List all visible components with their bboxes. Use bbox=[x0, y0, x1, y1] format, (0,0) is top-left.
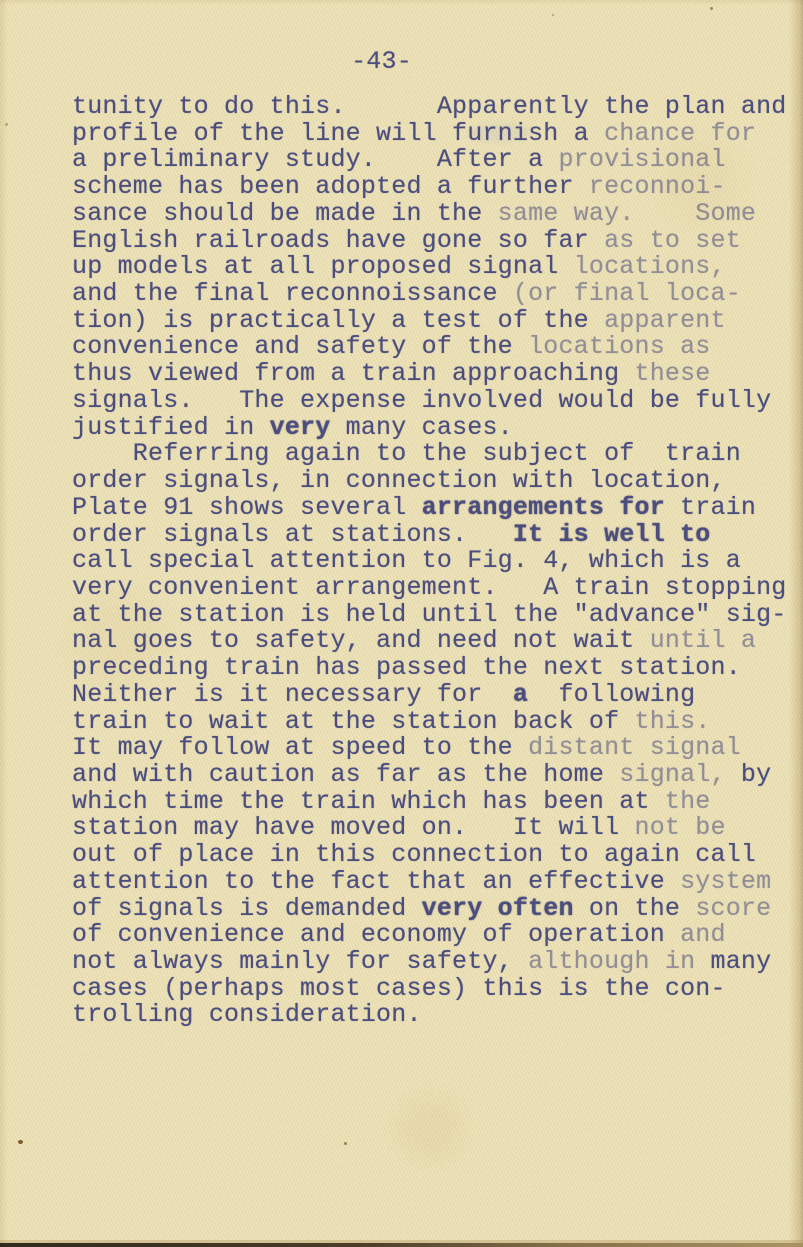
text-segment: not always mainly for safety, bbox=[72, 947, 528, 976]
text-line: not always mainly for safety, although i… bbox=[72, 949, 787, 976]
paper-speck bbox=[18, 1140, 23, 1144]
text-segment: profile of the line will furnish a bbox=[72, 119, 604, 148]
text-line: Neither is it necessary for a following bbox=[72, 682, 787, 709]
paper-speck bbox=[344, 1142, 347, 1145]
text-segment: cases (perhaps most cases) this is the c… bbox=[72, 974, 726, 1003]
text-segment: as to set bbox=[604, 226, 741, 255]
text-segment: convenience and safety of the bbox=[72, 332, 528, 361]
text-segment: provisional bbox=[558, 145, 725, 174]
text-segment: It is well to bbox=[513, 520, 711, 549]
text-line: out of place in this connection to again… bbox=[72, 842, 787, 869]
text-segment: apparent bbox=[604, 306, 726, 335]
text-segment: English railroads have gone so far bbox=[72, 226, 604, 255]
text-line: tunity to do this. Apparently the plan a… bbox=[72, 94, 787, 121]
text-segment: Referring again to the subject of train bbox=[72, 439, 741, 468]
text-segment: at the station is held until the "advanc… bbox=[72, 600, 787, 629]
text-segment: this. bbox=[635, 707, 711, 736]
text-line: English railroads have gone so far as to… bbox=[72, 228, 787, 255]
text-segment: Neither is it necessary for bbox=[72, 680, 513, 709]
text-segment: and the final reconnoissance bbox=[72, 279, 513, 308]
text-segment: tunity to do this. Apparently the plan a… bbox=[72, 92, 787, 121]
text-segment: up models at all proposed signal bbox=[72, 252, 574, 281]
text-line: Plate 91 shows several arrangements for … bbox=[72, 495, 787, 522]
text-segment: locations as bbox=[528, 332, 710, 361]
text-segment: order signals at stations. bbox=[72, 520, 513, 549]
text-segment: and bbox=[680, 920, 726, 949]
text-segment: sance should be made in the bbox=[72, 199, 498, 228]
text-line: justified in very many cases. bbox=[72, 415, 787, 442]
text-segment: following bbox=[528, 680, 695, 709]
text-line: thus viewed from a train approaching the… bbox=[72, 361, 787, 388]
text-line: very convenient arrangement. A train sto… bbox=[72, 575, 787, 602]
text-segment: scheme has been adopted a further bbox=[72, 172, 589, 201]
text-segment: of signals is demanded bbox=[72, 894, 422, 923]
text-segment: system bbox=[680, 867, 771, 896]
text-segment: trolling consideration. bbox=[72, 1000, 422, 1029]
text-line: which time the train which has been at t… bbox=[72, 789, 787, 816]
text-segment: very often bbox=[422, 894, 574, 923]
text-segment: thus viewed from a train approaching bbox=[72, 359, 635, 388]
text-line: scheme has been adopted a further reconn… bbox=[72, 174, 787, 201]
text-segment: train bbox=[665, 493, 756, 522]
text-segment: preceding train has passed the next stat… bbox=[72, 653, 741, 682]
page-number: -43- bbox=[0, 47, 783, 76]
text-segment: the bbox=[665, 787, 711, 816]
text-line: profile of the line will furnish a chanc… bbox=[72, 121, 787, 148]
text-line: up models at all proposed signal locatio… bbox=[72, 254, 787, 281]
text-segment: order signals, in connection with locati… bbox=[72, 466, 726, 495]
left-edge-shadow bbox=[0, 0, 8, 1247]
text-segment: not be bbox=[635, 813, 726, 842]
text-segment: distant signal bbox=[528, 733, 741, 762]
text-segment: on the bbox=[574, 894, 696, 923]
text-line: tion) is practically a test of the appar… bbox=[72, 308, 787, 335]
typed-text-body: tunity to do this. Apparently the plan a… bbox=[72, 94, 787, 1029]
text-segment: nal goes to safety, and need not wait bbox=[72, 626, 650, 655]
text-segment: (or final loca- bbox=[513, 279, 741, 308]
text-segment: Plate 91 shows several bbox=[72, 493, 422, 522]
text-segment: although in bbox=[528, 947, 695, 976]
bottom-scan-edge bbox=[0, 1243, 803, 1247]
text-segment: of convenience and economy of operation bbox=[72, 920, 680, 949]
text-segment: very bbox=[270, 413, 331, 442]
text-line: of signals is demanded very often on the… bbox=[72, 896, 787, 923]
text-line: preceding train has passed the next stat… bbox=[72, 655, 787, 682]
text-line: Referring again to the subject of train bbox=[72, 441, 787, 468]
text-line: and with caution as far as the home sign… bbox=[72, 762, 787, 789]
text-line: order signals, in connection with locati… bbox=[72, 468, 787, 495]
text-segment: signal, bbox=[619, 760, 725, 789]
text-line: at the station is held until the "advanc… bbox=[72, 602, 787, 629]
text-segment: many cases. bbox=[330, 413, 512, 442]
text-segment: until a bbox=[650, 626, 756, 655]
text-line: cases (perhaps most cases) this is the c… bbox=[72, 976, 787, 1003]
text-segment: signals. The expense involved would be f… bbox=[72, 386, 771, 415]
top-edge-shadow bbox=[0, 0, 803, 5]
text-segment: a bbox=[513, 680, 528, 709]
text-segment: which time the train which has been at bbox=[72, 787, 665, 816]
text-segment: train to wait at the station back of bbox=[72, 707, 635, 736]
text-line: attention to the fact that an effective … bbox=[72, 869, 787, 896]
text-segment: score bbox=[695, 894, 771, 923]
paper-speck bbox=[5, 123, 8, 126]
text-line: sance should be made in the same way. So… bbox=[72, 201, 787, 228]
text-line: of convenience and economy of operation … bbox=[72, 922, 787, 949]
text-line: It may follow at speed to the distant si… bbox=[72, 735, 787, 762]
text-line: order signals at stations. It is well to bbox=[72, 522, 787, 549]
paper-speck bbox=[552, 14, 554, 16]
text-segment: arrangements for bbox=[422, 493, 665, 522]
text-segment: station may have moved on. It will bbox=[72, 813, 635, 842]
right-edge-shadow bbox=[789, 0, 803, 1247]
text-segment: many bbox=[695, 947, 771, 976]
text-segment: reconnoi- bbox=[589, 172, 726, 201]
text-line: call special attention to Fig. 4, which … bbox=[72, 548, 787, 575]
text-segment: justified in bbox=[72, 413, 270, 442]
text-line: signals. The expense involved would be f… bbox=[72, 388, 787, 415]
text-line: nal goes to safety, and need not wait un… bbox=[72, 628, 787, 655]
text-segment: attention to the fact that an effective bbox=[72, 867, 680, 896]
text-line: a preliminary study. After a provisional bbox=[72, 147, 787, 174]
text-segment: chance for bbox=[604, 119, 756, 148]
text-segment: these bbox=[635, 359, 711, 388]
text-line: station may have moved on. It will not b… bbox=[72, 815, 787, 842]
text-segment: a preliminary study. After a bbox=[72, 145, 558, 174]
text-segment: same way. Some bbox=[498, 199, 756, 228]
text-segment: locations, bbox=[574, 252, 726, 281]
text-segment: and with caution as far as the home bbox=[72, 760, 619, 789]
text-line: trolling consideration. bbox=[72, 1002, 787, 1029]
text-segment: very convenient arrangement. A train sto… bbox=[72, 573, 787, 602]
text-segment: out of place in this connection to again… bbox=[72, 840, 756, 869]
paper-speck bbox=[710, 7, 713, 10]
text-line: convenience and safety of the locations … bbox=[72, 334, 787, 361]
text-segment: call special attention to Fig. 4, which … bbox=[72, 546, 741, 575]
text-line: and the final reconnoissance (or final l… bbox=[72, 281, 787, 308]
text-segment: by bbox=[726, 760, 772, 789]
text-segment: tion) is practically a test of the bbox=[72, 306, 604, 335]
text-line: train to wait at the station back of thi… bbox=[72, 709, 787, 736]
text-segment: It may follow at speed to the bbox=[72, 733, 528, 762]
